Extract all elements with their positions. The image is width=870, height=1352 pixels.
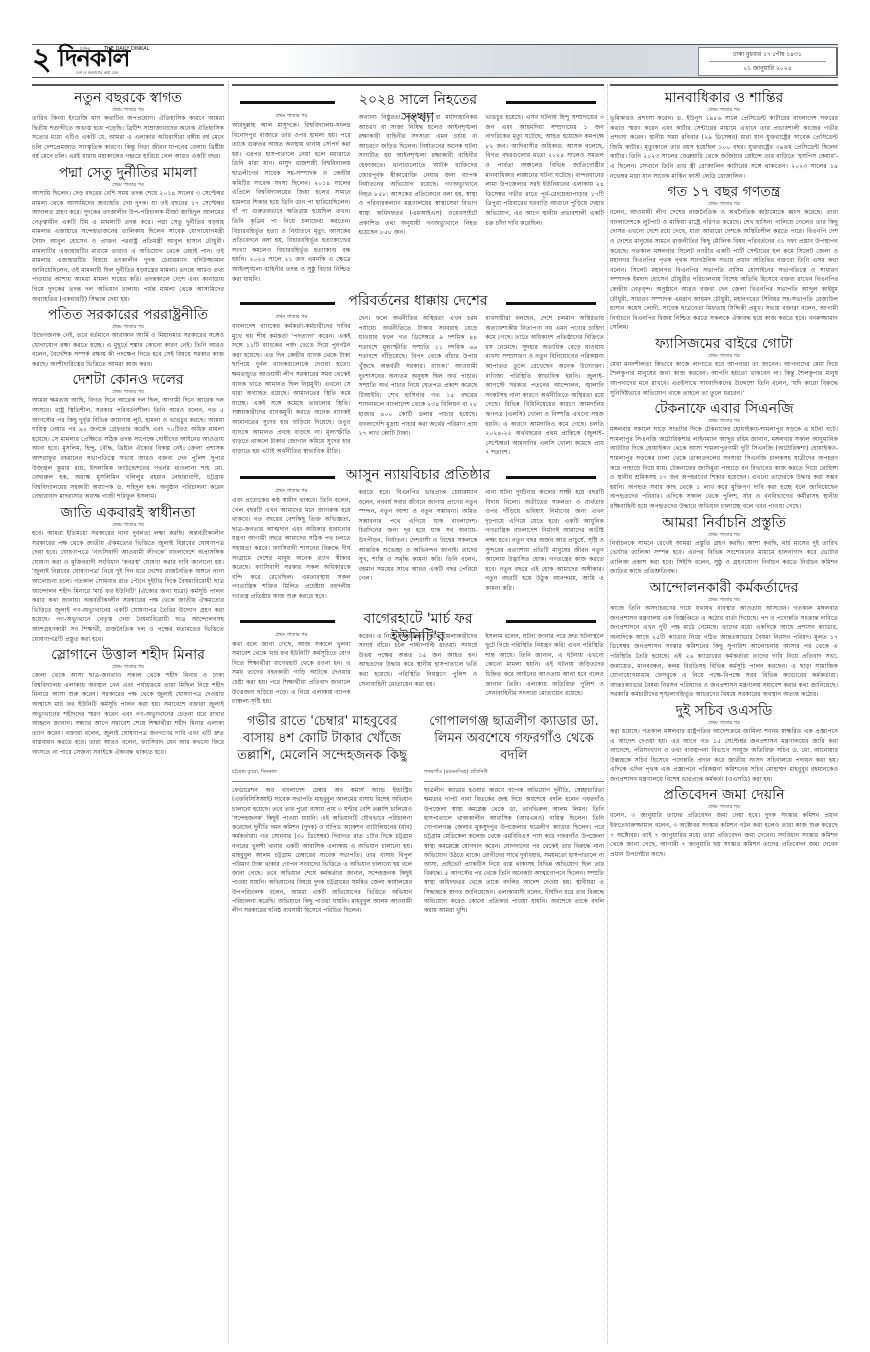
story[interactable]: প্রতিবেদন জমা দেয়নি প্রথম পাতার পর বলেন… bbox=[610, 786, 838, 859]
headline: পদ্মা সেতু দুর্নীতির মামলা bbox=[32, 164, 224, 182]
newspaper-logo: দিনকাল bbox=[58, 46, 129, 70]
story-text: মঙ্গলবার সকালে সাড়ে সাতটার দিকে টেকনাফে… bbox=[610, 425, 838, 511]
story[interactable]: বাগেরহাটে 'মার্চ ফর ইউনিটি'র প্রথম পাতার… bbox=[232, 608, 604, 707]
story-text: আসামি ছিলেন। দেড় বছরের বেশি সময় তদন্ত … bbox=[32, 189, 224, 304]
story-text: তারিখ কিংবা ইংরেজি মাস কথাটিও অপপ্রয়োগ।… bbox=[32, 114, 224, 162]
story[interactable]: স্লোগানে উত্তাল শহীদ মিনার প্রথম পাতার প… bbox=[32, 646, 224, 757]
date-box: ঢাকা বুধবার ১৭ পৌষ ১৪৩১ ০১ জানুয়ারি ২০২… bbox=[698, 47, 838, 76]
story[interactable]: নতুন বছরকে স্বাগত প্রথম পাতার পর তারিখ ক… bbox=[32, 89, 224, 162]
kicker: প্রথম পাতার পর bbox=[232, 488, 351, 495]
story-text: মেধা মননশীলতা কিভাবে কাজে লাগাতে হবে আপন… bbox=[610, 360, 838, 398]
story-text: আবদুল্লাহ আল মাসুদকে। বিশ্ববিদ্যালয়-সংল… bbox=[232, 121, 351, 284]
column-divider bbox=[228, 84, 229, 1344]
kicker: প্রথম পাতার পর bbox=[610, 107, 838, 114]
masthead: ২ দৈনিক THE DAILY DINKAL দিনকাল দেশ ও জন… bbox=[32, 44, 838, 78]
headline: দুই সচিব ওএসডি bbox=[610, 702, 838, 720]
story[interactable]: পদ্মা সেতু দুর্নীতির মামলা প্রথম পাতার প… bbox=[32, 164, 224, 304]
headline-bar bbox=[240, 302, 335, 305]
headline: প্রতিবেদন জমা দেয়নি bbox=[610, 786, 838, 804]
story-text: বলেন, ৩ জানুয়ারি তাদের প্রতিবেদন জমা দে… bbox=[610, 811, 838, 859]
story-text: ভাঙচুর হয়েছে। এসব ঘটনায় হিন্দু সম্প্রদ… bbox=[485, 113, 604, 284]
headline: ২০২৪ সালে নিহতের সংখ্যা bbox=[342, 91, 494, 127]
headline: ফ্যাসিজমের বাইরে গোটা bbox=[610, 335, 838, 353]
headline: আন্দোলনকারী কর্মকর্তাদের bbox=[610, 579, 838, 597]
story[interactable]: গোপালগঞ্জ ছাত্রলীগ ক্যাডার ডা. লিমন অবশে… bbox=[424, 713, 604, 915]
headline-bar bbox=[506, 476, 596, 479]
kicker: প্রথম পাতার পর bbox=[610, 353, 838, 360]
kicker: প্রথম পাতার পর bbox=[32, 324, 224, 331]
right-column: মানবাধিকার ও শান্তির প্রথম পাতার পর ভূমি… bbox=[610, 84, 838, 861]
kicker: প্রথম পাতার পর bbox=[610, 597, 838, 604]
headline-bar bbox=[240, 476, 335, 479]
rule bbox=[232, 84, 604, 86]
date-bangla: ঢাকা বুধবার ১৭ পৌষ ১৪৩১ bbox=[709, 48, 826, 62]
story[interactable]: পরিবর্তনের ধাক্কায় দেশের প্রথম পাতার পর… bbox=[232, 290, 604, 458]
headline: আসুন ন্যায়বিচার প্রতিষ্ঠার bbox=[342, 466, 494, 484]
tagline: দেশ ও জনগণের কথা বলে bbox=[76, 70, 118, 77]
headline: জাতি একবারই স্বাধীনতা bbox=[32, 504, 224, 522]
story-text: নির্বাচনকে সামনে রেখেই আমরা প্রস্তুতি গ্… bbox=[610, 539, 838, 577]
headline: গত ১৭ বছর গণতন্ত্র bbox=[610, 183, 838, 201]
story-text: আমরা ক্ষমতায় আছি, বিগত দিনে আরেক দল ছিল… bbox=[32, 396, 224, 502]
story[interactable]: গভীর রাতে 'চেম্বার' মাহবুবের বাসায় ৪শ ক… bbox=[232, 713, 412, 915]
story[interactable]: দুই সচিব ওএসডি প্রথম পাতার পর করা হয়েছে… bbox=[610, 702, 838, 785]
story[interactable]: আমরা নির্বাচনি প্রস্তুতি প্রথম পাতার পর … bbox=[610, 514, 838, 577]
story[interactable]: আসুন ন্যায়বিচার প্রতিষ্ঠার প্রথম পাতার … bbox=[232, 464, 604, 602]
story-text: বাংলাদেশ ব্যাংকের কর্মকর্তা-কর্মচারীদের … bbox=[232, 322, 351, 456]
story-text: কাজে তিনি অসদাচরণের দায়ে যথাযথ ব্যবস্থা… bbox=[610, 604, 838, 700]
kicker: প্রথম পাতার পর bbox=[232, 632, 351, 639]
byline: গফরগাঁও (ময়মনসিংহ) প্রতিনিধি bbox=[424, 768, 604, 783]
kicker: প্রথম পাতার পর bbox=[610, 532, 838, 539]
story[interactable]: টেকনাফে এবার সিএনজি প্রথম পাতার পর মঙ্গল… bbox=[610, 400, 838, 511]
headline: মানবাধিকার ও শান্তির bbox=[610, 89, 838, 107]
newspaper-page: ২ দৈনিক THE DAILY DINKAL দিনকাল দেশ ও জন… bbox=[32, 0, 838, 1352]
headline: আমরা নির্বাচনি প্রস্তুতি bbox=[610, 514, 838, 532]
kicker: প্রথম পাতার পর bbox=[232, 113, 351, 120]
story-text: হবে। আমরা ইতিমধ্যে সরকারের নানা দুর্বলতা… bbox=[32, 529, 224, 644]
story[interactable]: জাতি একবারই স্বাধীনতা প্রথম পাতার পর হবে… bbox=[32, 504, 224, 644]
story-text: ছাত্রলীগ ক্যাডার হওয়ার কারণে ব্যাপক অভি… bbox=[424, 786, 604, 915]
headline: পতিত সরকারের পররাষ্ট্রনীতি bbox=[32, 306, 224, 324]
headline-bar bbox=[506, 101, 596, 104]
story[interactable]: গত ১৭ বছর গণতন্ত্র প্রথম পাতার পর বলেন, … bbox=[610, 183, 838, 333]
headline-bar bbox=[506, 620, 596, 623]
story[interactable]: ২০২৪ সালে নিহতের সংখ্যা প্রথম পাতার পরআব… bbox=[232, 89, 604, 284]
story-text: কথা বলে জানা গেছে, আজ সকালে খুলনা সমাবেশ… bbox=[232, 640, 351, 707]
headline: স্লোগানে উত্তাল শহীদ মিনার bbox=[32, 646, 224, 664]
kicker: প্রথম পাতার পর bbox=[32, 182, 224, 189]
headline: গোপালগঞ্জ ছাত্রলীগ ক্যাডার ডা. লিমন অবশে… bbox=[424, 713, 604, 764]
kicker: প্রথম পাতার পর bbox=[610, 720, 838, 727]
rule bbox=[610, 84, 838, 86]
kicker: প্রথম পাতার পর bbox=[32, 389, 224, 396]
kicker: প্রথম পাতার পর bbox=[32, 522, 224, 529]
left-column: নতুন বছরকে স্বাগত প্রথম পাতার পর তারিখ ক… bbox=[32, 84, 224, 759]
headline: পরিবর্তনের ধাক্কায় দেশের bbox=[342, 292, 494, 310]
story-text: জেলা থেকে আসা ছাত্র-জনতাও সকাল থেকে শহীদ… bbox=[32, 671, 224, 757]
headline: টেকনাফে এবার সিএনজি bbox=[610, 400, 838, 418]
middle-column: ২০২৪ সালে নিহতের সংখ্যা প্রথম পাতার পরআব… bbox=[232, 84, 604, 915]
page-number: ২ bbox=[32, 43, 52, 77]
headline-bar bbox=[240, 620, 335, 623]
story-text: করতে হবে। বিএনপির ভারপ্রাপ্ত চেয়ারম্যান… bbox=[359, 488, 478, 602]
story-text: দেন। ফলে অর্থনীতির অস্থিরতা এখন চরম পর্য… bbox=[359, 314, 478, 458]
kicker: প্রথম পাতার পর bbox=[232, 314, 351, 321]
headline-bar bbox=[240, 101, 335, 104]
story-text: ব্যবসায়ীরা বলছেন, দেশে চলমান অস্থিরতায়… bbox=[485, 314, 604, 458]
story-text: ভূমিকারও প্রশংসা করেন। ড. ইউনূস ১৯৮৬ সাল… bbox=[610, 114, 838, 181]
headline-bar bbox=[506, 302, 596, 305]
story-text: এবং প্রত্যেকের কণ্ঠ স্বাধীন থাকবে। তিনি … bbox=[232, 496, 351, 602]
headline: নতুন বছরকে স্বাগত bbox=[32, 89, 224, 107]
kicker: প্রথম পাতার পর bbox=[32, 664, 224, 671]
date-english: ০১ জানুয়ারি ২০২৫ bbox=[699, 62, 836, 75]
headline: বাগেরহাটে 'মার্চ ফর ইউনিটি'র bbox=[342, 610, 494, 646]
story[interactable]: দেশটা কোনও দলের প্রথম পাতার পর আমরা ক্ষম… bbox=[32, 371, 224, 502]
headline: গভীর রাতে 'চেম্বার' মাহবুবের বাসায় ৪শ ক… bbox=[232, 713, 412, 764]
kicker: প্রথম পাতার পর bbox=[610, 804, 838, 811]
kicker: প্রথম পাতার পর bbox=[610, 201, 838, 208]
story[interactable]: মানবাধিকার ও শান্তির প্রথম পাতার পর ভূমি… bbox=[610, 89, 838, 181]
story-text: অন্যান্য নিষ্ঠুরতা, অমানবিক বা মর্যাদাহা… bbox=[359, 113, 478, 284]
story-text: নানা ঘটনা দুর্ঘটনার কালের সাক্ষী হয়ে বছ… bbox=[485, 488, 604, 602]
kicker: প্রথম পাতার পর bbox=[610, 418, 838, 425]
story-text: উদ্বেগজনক নেই, তবে বর্তমানে আরাকান আর্মি… bbox=[32, 331, 224, 369]
story[interactable]: আন্দোলনকারী কর্মকর্তাদের প্রথম পাতার পর … bbox=[610, 579, 838, 700]
story-text: ইসলাম বলেন, ঘটনা জানার পরে দ্রুত ঘটনাস্থ… bbox=[485, 632, 604, 707]
kicker: প্রথম পাতার পর bbox=[32, 107, 224, 114]
headline: দেশটা কোনও দলের bbox=[32, 371, 224, 389]
story-text: করা হয়েছে। গতকাল মঙ্গলবার রাষ্ট্রপতির আ… bbox=[610, 727, 838, 785]
story-text: বলেন, আওয়ামী লীগ দেশের রাজনৈতিক ও অর্থন… bbox=[610, 208, 838, 333]
rule bbox=[32, 84, 224, 86]
story[interactable]: পতিত সরকারের পররাষ্ট্রনীতি প্রথম পাতার প… bbox=[32, 306, 224, 369]
column-divider bbox=[607, 84, 608, 1344]
story[interactable]: ফ্যাসিজমের বাইরে গোটা প্রথম পাতার পর মেধ… bbox=[610, 335, 838, 398]
story-text: ফেডারেশন অব বাংলাদেশ চেম্বার অব কমার্স অ… bbox=[232, 786, 412, 915]
byline: চট্টগ্রাম ব্যুরো, দিনকাল bbox=[232, 768, 412, 783]
